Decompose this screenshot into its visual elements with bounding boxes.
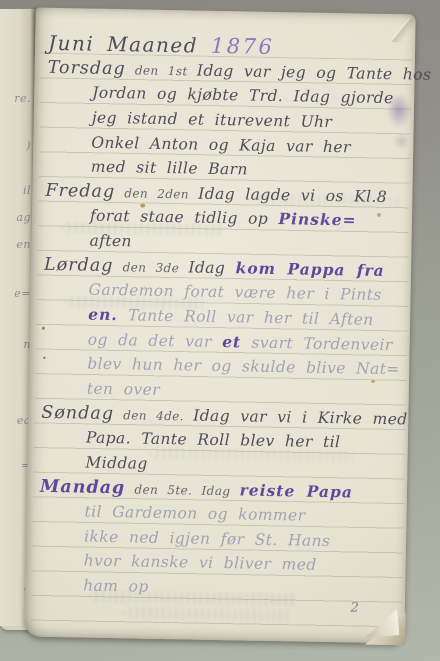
facing-page-text-fragment: e=	[14, 287, 31, 300]
diary-text-segment: til Gardemon og kommer	[84, 503, 305, 525]
diary-text-segment: en.	[88, 305, 118, 325]
diary-text-segment: Idag lagde vi os Kl.8	[198, 184, 387, 205]
diary-text-segment: den 1st	[126, 63, 197, 78]
dog-ear-fold	[361, 609, 406, 646]
dog-ear-flap	[365, 609, 400, 640]
diary-text-segment: Tante Roll var her til Aften	[118, 306, 374, 329]
diary-text-segment: Middag	[85, 453, 148, 472]
diary-text-segment: Søndag	[41, 402, 114, 423]
diary-text-segment: aften	[89, 232, 132, 251]
diary-text-segment: Jordan og kjøbte Trd. Idag gjorde	[92, 84, 394, 108]
diary-text-segment: Idag var vi i Kirke med	[193, 406, 408, 428]
diary-text-segment: ikke ned igjen før St. Hans	[84, 527, 331, 550]
diary-lines: Juni Maaned 1876Torsdag den 1st Idag var…	[25, 31, 413, 605]
facing-page-text-fragment: re.	[14, 92, 31, 105]
diary-text-segment: et	[222, 332, 241, 351]
diary-text-segment: Mandag	[40, 476, 126, 498]
diary-text-segment: den 2den	[115, 186, 198, 202]
facing-page-text-fragment: ag	[16, 211, 31, 224]
diary-text-segment: den 4de.	[114, 408, 193, 423]
diary-text-segment: jeg istand et iturevent Uhr	[92, 109, 333, 131]
diary-text-segment: svart Tordenveir	[241, 333, 393, 354]
diary-text-segment: forat staae tidlig op	[90, 207, 279, 228]
diary-text-segment: Lørdag	[44, 255, 114, 276]
diary-text-segment: med sit lille Barn	[91, 158, 248, 179]
diary-text-segment: ham op	[83, 577, 149, 596]
notebook-page: Juni Maaned 1876Torsdag den 1st Idag var…	[24, 8, 415, 644]
diary-text-segment: hvor kanske vi bliver med	[83, 552, 316, 574]
diary-text-segment: Gardemon forat være her i Pints	[88, 281, 381, 304]
diary-text-segment: Torsdag	[48, 57, 126, 78]
diary-text-segment: ten over	[87, 380, 161, 399]
diary-text-segment: kom Pappa fra	[235, 258, 384, 280]
diary-text-segment: blev hun her og skulde blive Nat=	[87, 355, 400, 379]
diary-text-segment: Idag var jeg og Tante hos	[197, 61, 432, 83]
diary-text-segment: Fredag	[45, 181, 115, 202]
diary-text-segment: den 3de	[113, 260, 188, 275]
diary-text-segment: 1876	[211, 34, 275, 59]
diary-text-segment: Idag	[188, 258, 235, 277]
diary-text-segment: Pinske=	[278, 210, 356, 230]
facing-page-text-fragment: en	[16, 238, 31, 251]
diary-text-segment: reiste Papa	[239, 480, 353, 501]
diary-text-segment: Onkel Anton og Kaja var her	[91, 133, 351, 156]
scanned-diary-photo: re.)ilagene=nea=.a Juni Maaned 1876Torsd…	[0, 0, 440, 661]
diary-text-segment: Papa. Tante Roll blev her til	[86, 429, 341, 452]
diary-text-segment: Juni Maaned	[48, 31, 211, 58]
diary-text-segment: den 5te. Idag	[125, 482, 240, 498]
page-number: 2	[350, 600, 359, 615]
facing-page-text-fragment: il	[23, 184, 31, 197]
diary-text-segment: og da det var	[88, 330, 223, 350]
